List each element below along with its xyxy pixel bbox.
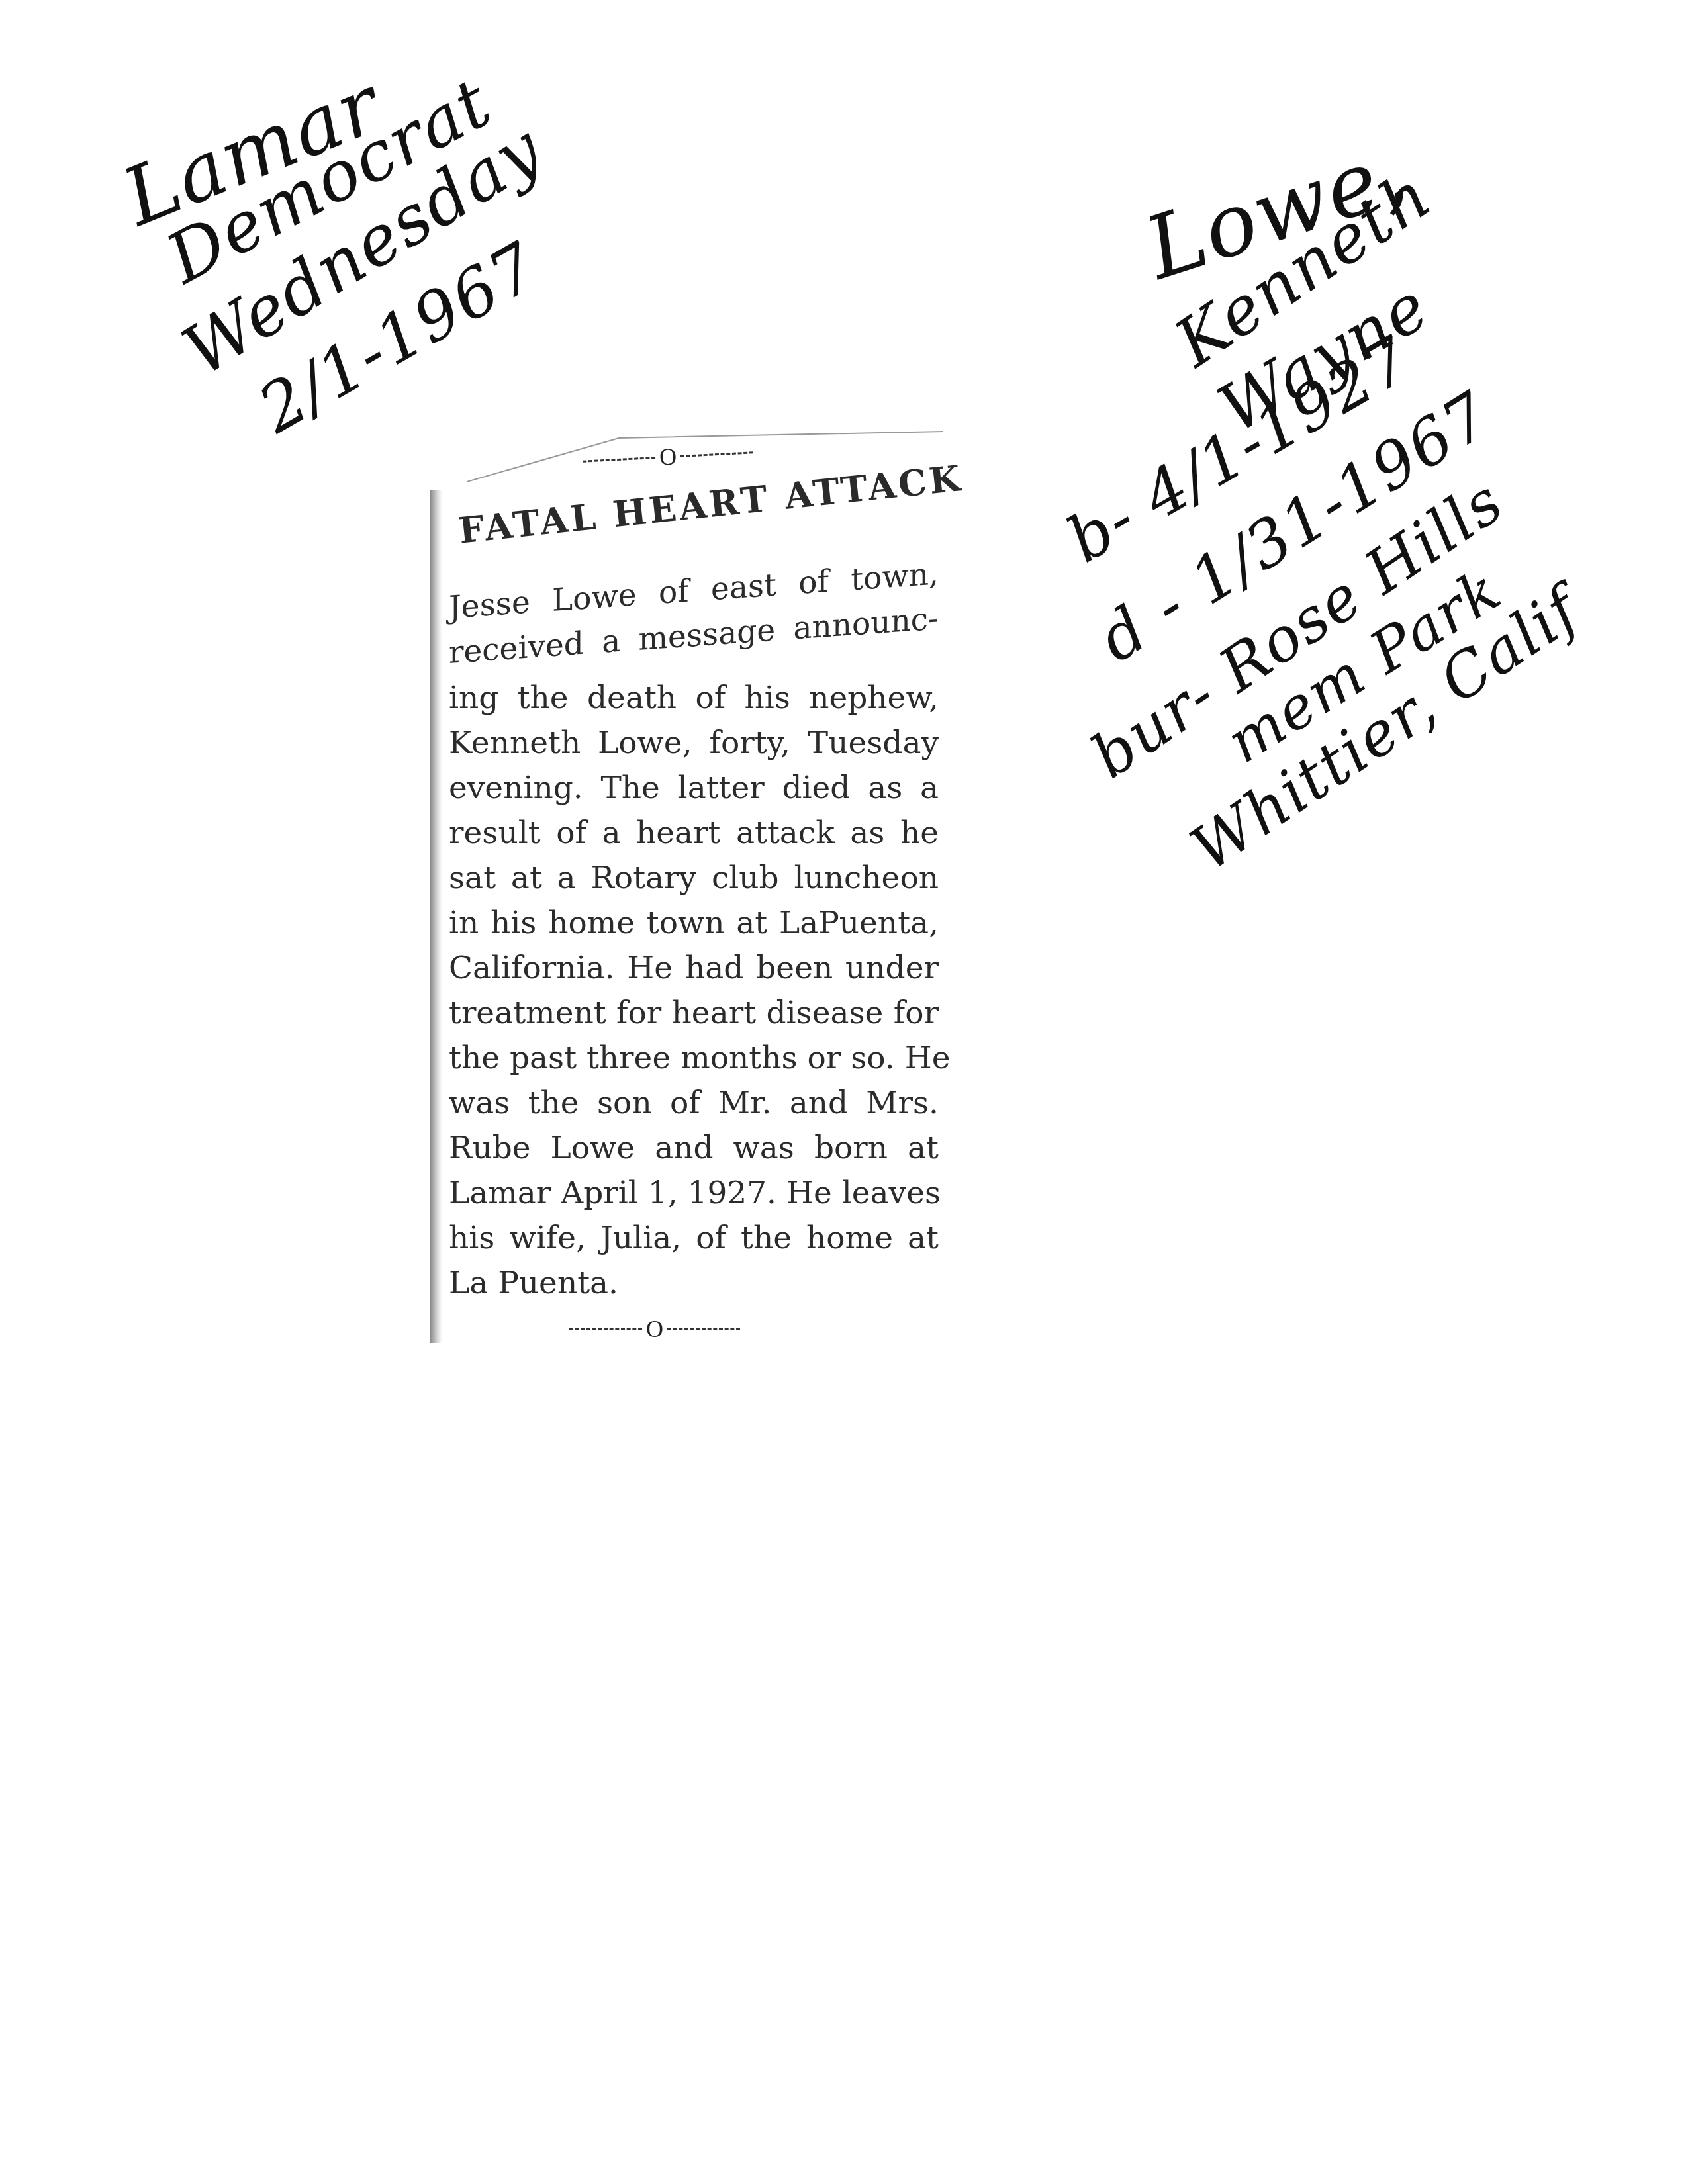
article-line: his wife, Julia, of the home at xyxy=(449,1216,939,1261)
article-line: treatment for heart disease for xyxy=(449,991,939,1036)
divider-ornament: O xyxy=(659,444,677,469)
article-line: sat at a Rotary club luncheon xyxy=(449,856,939,901)
article-line: was the son of Mr. and Mrs. xyxy=(449,1081,939,1126)
divider-ornament: O xyxy=(646,1317,663,1341)
article-line: evening. The latter died as a xyxy=(449,766,939,811)
article-line: the past three months or so. He xyxy=(449,1036,939,1081)
article-line: ing the death of his nephew, xyxy=(449,676,939,721)
article-line: result of a heart attack as he xyxy=(449,811,939,856)
newspaper-clipping: O FATAL HEART ATTACK Jesse Lowe of east … xyxy=(430,430,960,1343)
article-line: Kenneth Lowe, forty, Tuesday xyxy=(449,721,939,766)
article-body: Jesse Lowe of east of town, received a m… xyxy=(449,586,939,1306)
article-line: in his home town at LaPuenta, xyxy=(449,901,939,946)
divider-bottom: O xyxy=(569,1317,740,1341)
article-line: California. He had been under xyxy=(449,946,939,991)
clipping-shadow-edge xyxy=(430,490,442,1343)
article-line: La Puenta. xyxy=(449,1261,939,1306)
article-line: Lamar April 1, 1927. He leaves xyxy=(449,1171,939,1216)
article-line: Rube Lowe and was born at xyxy=(449,1126,939,1171)
